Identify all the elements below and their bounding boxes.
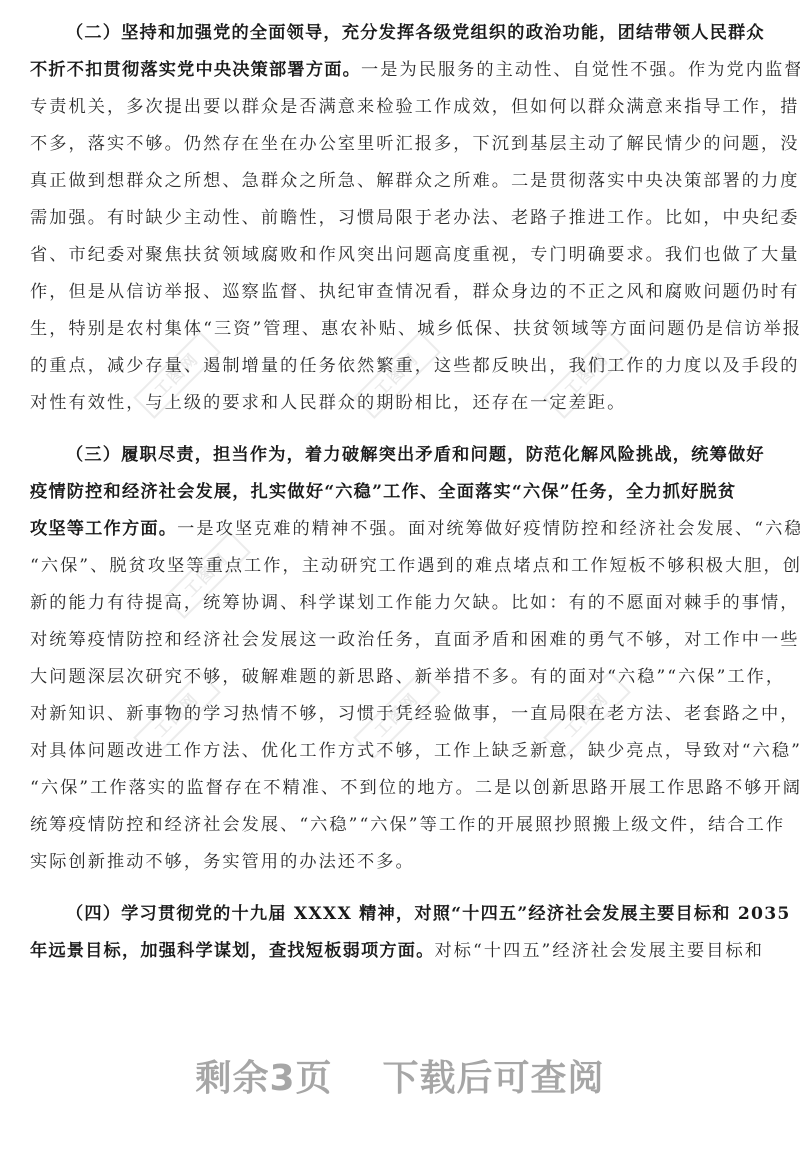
paragraph-line: 不多，落实不够。仍然存在坐在办公室里听汇报多，下沉到基层主动了解民情少的问题，没…: [30, 133, 774, 155]
paragraph-line: “六保”工作落实的监督存在不精准、不到位的地方。二是以创新思路开展工作思路不够开…: [30, 777, 774, 799]
paragraph-line: “六保”、脱贫攻坚等重点工作，主动研究工作遇到的难点堵点和工作短板不够积极大胆，…: [30, 555, 774, 577]
paragraph-line: 的重点，减少存量、遏制增量的任务依然繁重，这些都反映出，我们工作的力度以及手段的…: [30, 355, 774, 377]
download-to-view-banner[interactable]: 剩余3页下载后可查阅: [0, 1050, 800, 1101]
download-prompt-text: 下载后可查阅: [383, 1058, 605, 1099]
document-page: 工图网 工图网 工图网 工图网 工图网 工图网 工图网 （二）坚持和加强党的全面…: [0, 0, 800, 1153]
paragraph-line: 新的能力有待提高，统筹协调、科学谋划工作能力欠缺。比如：有的不愿面对棘手的事情，…: [30, 592, 774, 614]
paragraph-line: 需加强。有时缺少主动性、前瞻性，习惯局限于老办法、老路子推进工作。比如，中央纪委…: [30, 207, 774, 229]
paragraph-line: 实际创新推动不够，务实管用的办法还不多。: [30, 851, 774, 873]
paragraph-line: 专责机关，多次提出要以群众是否满意来检验工作成效，但如何以群众满意来指导工作，措…: [30, 96, 774, 118]
paragraph-line: 对具体问题改进工作方法、优化工作方式不够，工作上缺乏新意，缺少亮点，导致对“六稳…: [30, 740, 774, 762]
remaining-pages-text: 剩余3页: [195, 1058, 332, 1099]
paragraph-line: 对新知识、新事物的学习热情不够，习惯于凭经验做事，一直局限在老方法、老套路之中，…: [30, 703, 774, 725]
paragraph-line: 真正做到想群众之所想、急群众之所急、解群众之所难。二是贯彻落实中央决策部署的力度…: [30, 170, 774, 192]
paragraph-line: 大问题深层次研究不够，破解难题的新思路、新举措不多。有的面对“六稳”“六保”工作…: [30, 666, 774, 688]
paragraph-line: 不折不扣贯彻落实党中央决策部署方面。一是为民服务的主动性、自觉性不强。作为党内监…: [30, 59, 774, 81]
paragraph-line: 对性有效性，与上级的要求和人民群众的期盼相比，还存在一定差距。: [30, 392, 774, 414]
paragraph-line: 对统筹疫情防控和经济社会发展这一政治任务，直面矛盾和困难的勇气不够，对工作中一些…: [30, 629, 774, 651]
paragraph-line: 疫情防控和经济社会发展，扎实做好“六稳”工作、全面落实“六保”任务，全力抓好脱贫: [30, 481, 774, 503]
paragraph-line: 年远景目标，加强科学谋划，查找短板弱项方面。对标“十四五”经济社会发展主要目标和: [30, 940, 774, 962]
paragraph-line: （二）坚持和加强党的全面领导，充分发挥各级党组织的政治功能，团结带领人民群众: [66, 22, 774, 44]
paragraph-line: 攻坚等工作方面。一是攻坚克难的精神不强。面对统筹做好疫情防控和经济社会发展、“六…: [30, 518, 774, 540]
paragraph-line: 统筹疫情防控和经济社会发展、“六稳”“六保”等工作的开展照抄照搬上级文件，结合工…: [30, 814, 774, 836]
paragraph-line: 省、市纪委对聚焦扶贫领域腐败和作风突出问题高度重视，专门明确要求。我们也做了大量…: [30, 244, 774, 266]
paragraph-line: （四）学习贯彻党的十九届 XXXX 精神，对照“十四五”经济社会发展主要目标和 …: [66, 903, 774, 925]
paragraph-line: 生，特别是农村集体“三资”管理、惠农补贴、城乡低保、扶贫领域等方面问题仍是信访举…: [30, 318, 774, 340]
paragraph-line: 作，但是从信访举报、巡察监督、执纪审查情况看，群众身边的不正之风和腐败问题仍时有…: [30, 281, 774, 303]
paragraph-line: （三）履职尽责，担当作为，着力破解突出矛盾和问题，防范化解风险挑战，统筹做好: [66, 444, 774, 466]
